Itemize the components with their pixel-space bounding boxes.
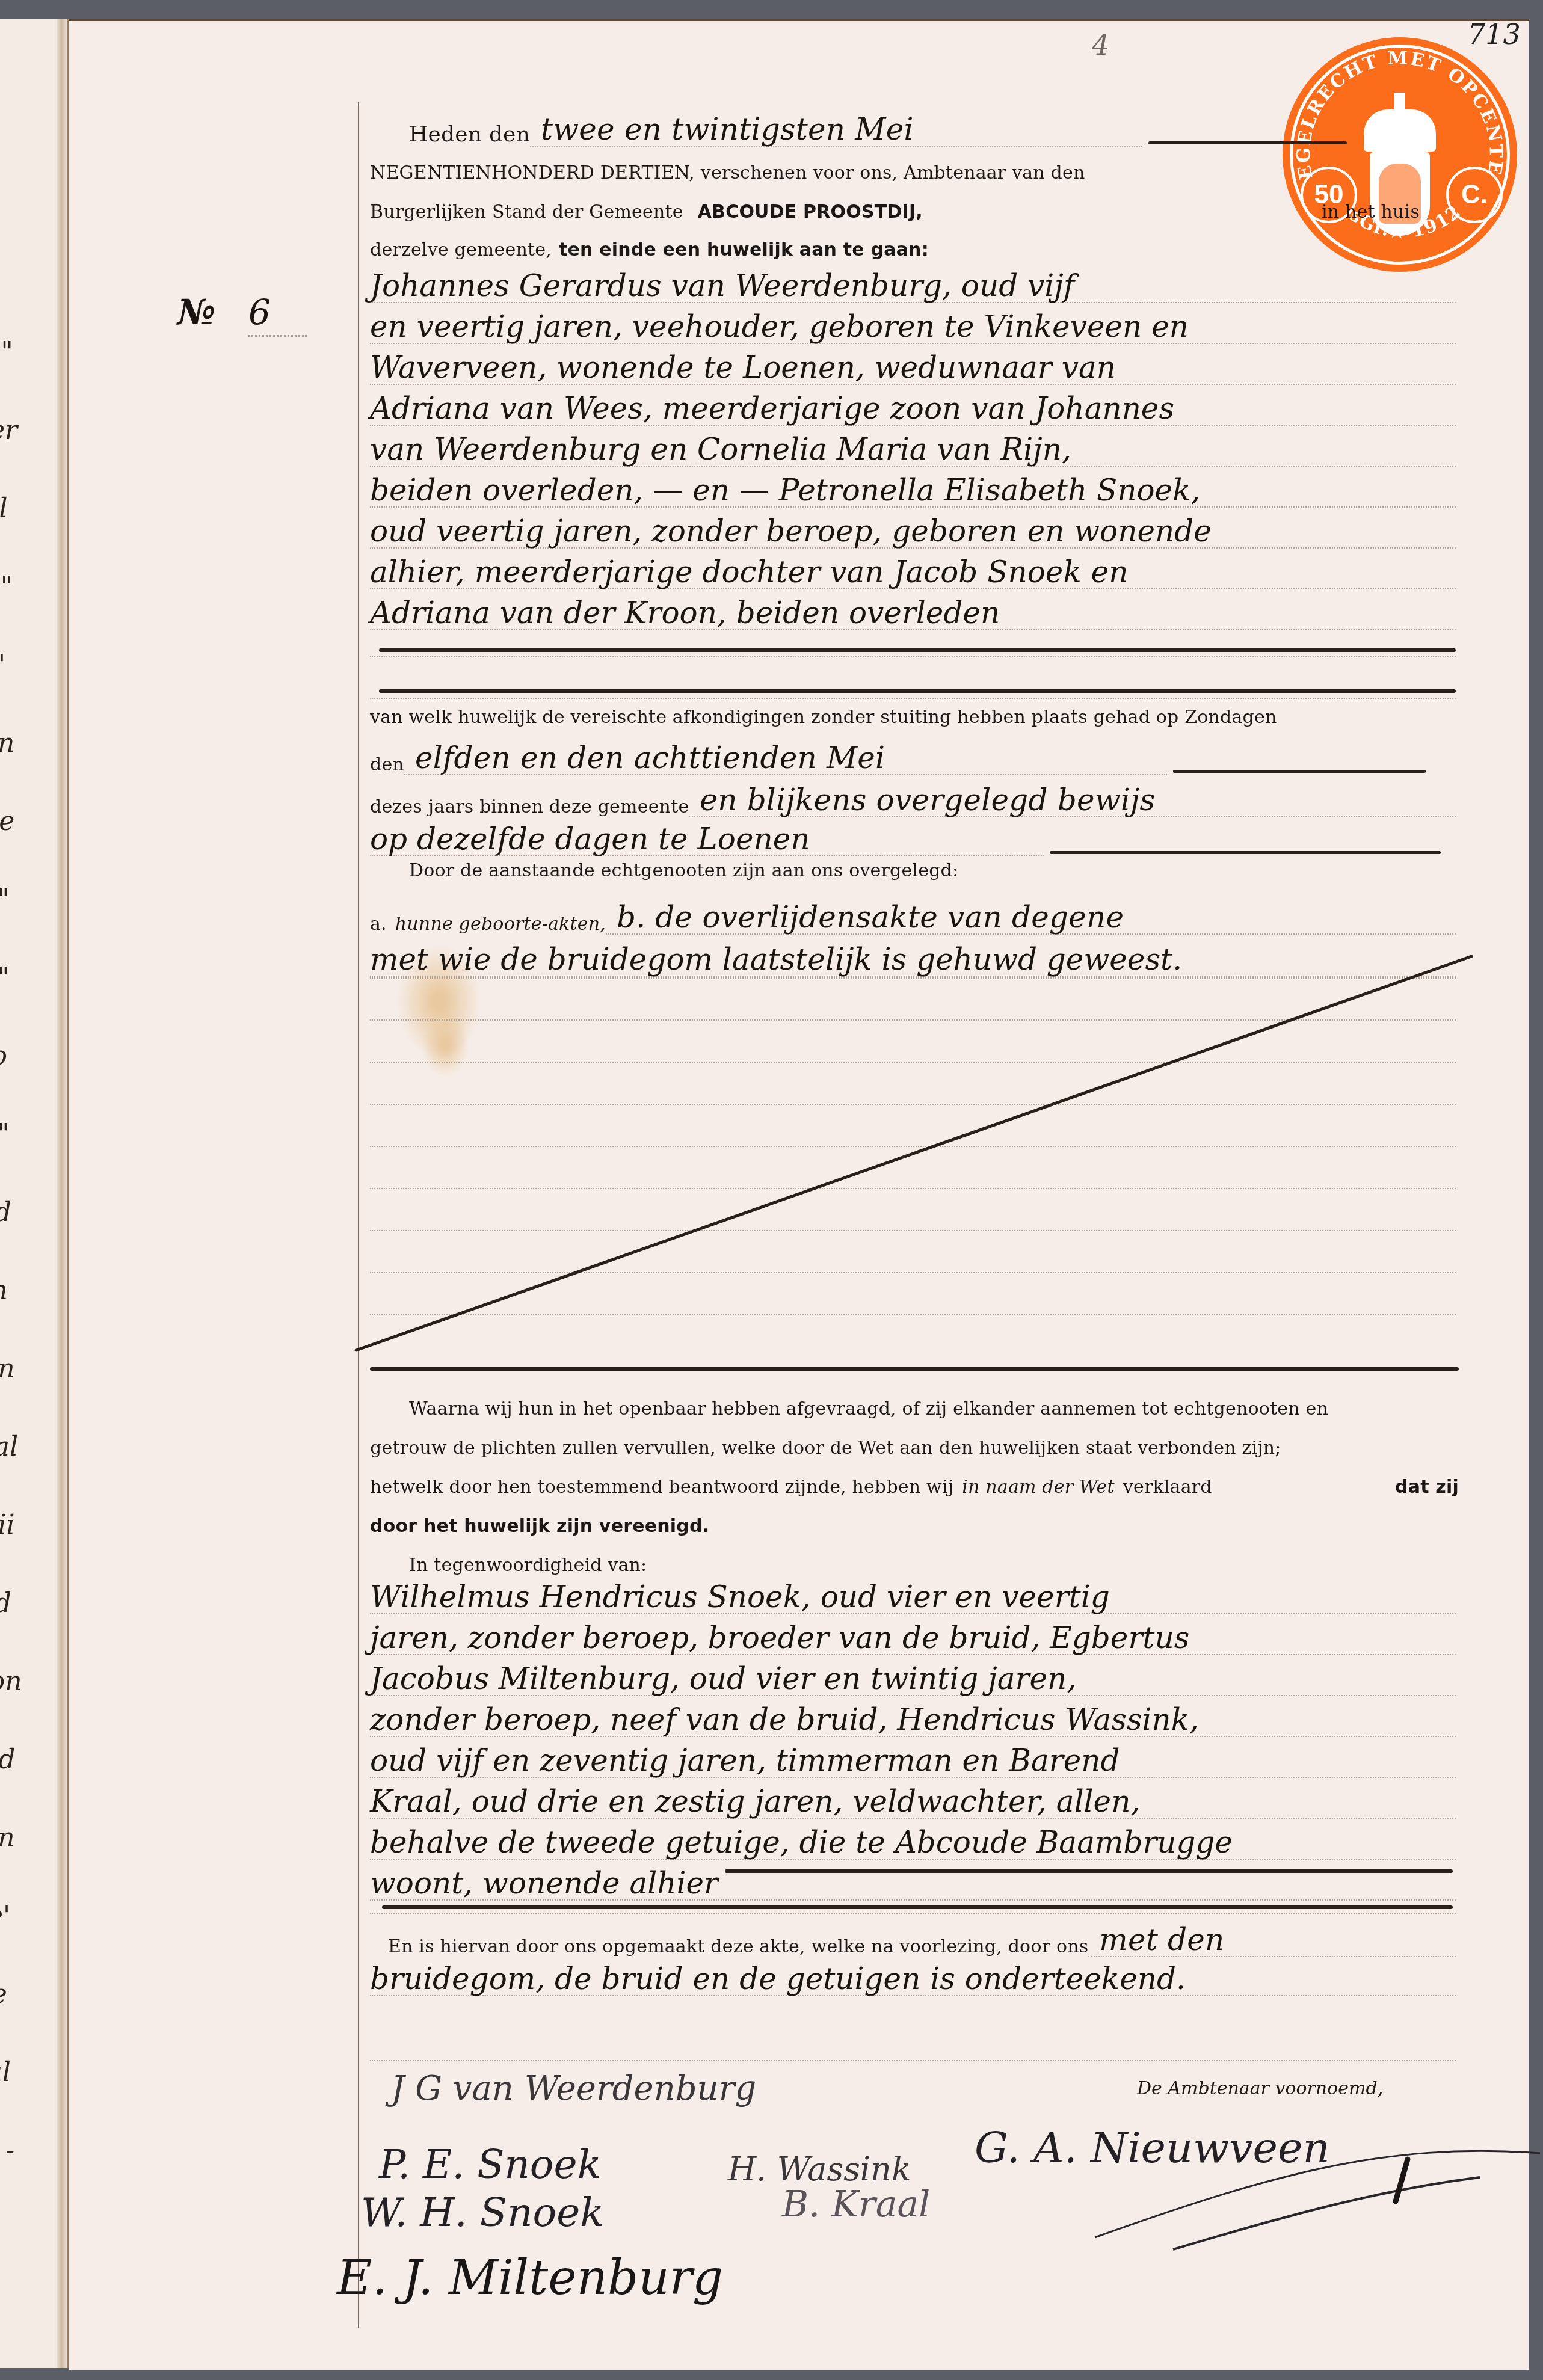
signature-flourish bbox=[0, 0, 1543, 2380]
